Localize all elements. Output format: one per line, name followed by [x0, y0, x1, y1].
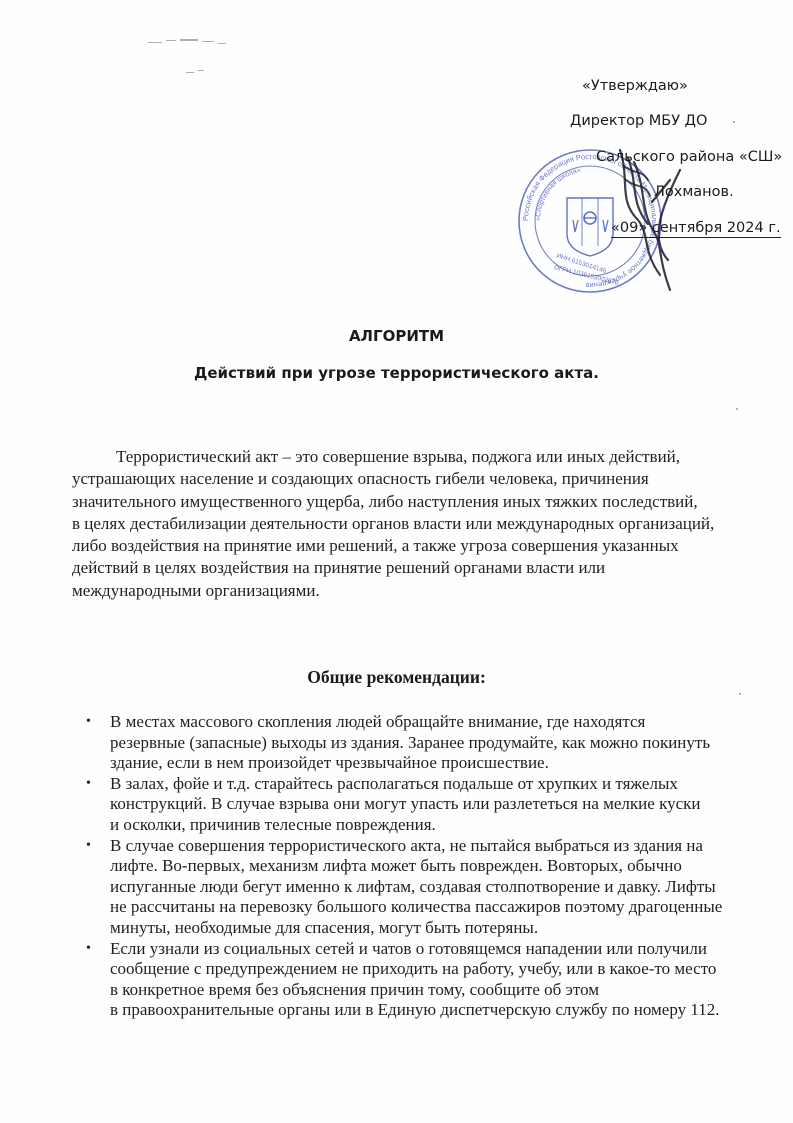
bullet-icon: •: [86, 774, 91, 795]
list-item-line: сообщение с предупреждением не приходить…: [110, 959, 786, 980]
paragraph-line: Террористический акт – это совершение вз…: [72, 446, 772, 468]
list-item: • В местах массового скопления людей обр…: [86, 712, 786, 774]
list-item-line: здание, если в нем произойдет чрезвычайн…: [110, 753, 786, 774]
recommendations-heading: Общие рекомендации:: [0, 667, 793, 688]
document-page: «Утверждаю» Директор МБУ ДО Российская Ф…: [0, 0, 793, 1123]
scan-artifact: [140, 30, 260, 80]
list-item-line: в конкретное время без объяснения причин…: [110, 980, 786, 1001]
paragraph-line: значительного имущественного ущерба, либ…: [72, 491, 772, 513]
list-item-line: В местах массового скопления людей обращ…: [110, 712, 786, 733]
paragraph-line: либо воздействия на принятие ими решений…: [72, 535, 772, 557]
scan-speck: [733, 121, 735, 123]
bullet-icon: •: [86, 939, 91, 960]
document-title: АЛГОРИТМ: [0, 327, 793, 345]
list-item-line: испуганные люди бегут именно к лифтам, с…: [110, 877, 786, 898]
scan-speck: [739, 693, 741, 695]
paragraph-line: устрашающих население и создающих опасно…: [72, 468, 772, 490]
list-item: • Если узнали из социальных сетей и чато…: [86, 939, 786, 1021]
approval-heading: «Утверждаю»: [582, 78, 688, 94]
definition-paragraph: Террористический акт – это совершение вз…: [72, 446, 772, 602]
paragraph-line: действий в целях воздействия на принятие…: [72, 557, 772, 579]
approval-position: Директор МБУ ДО: [570, 113, 707, 129]
approval-date: «09» сентября 2024 г.: [611, 220, 781, 238]
paragraph-line: в целях дестабилизации деятельности орга…: [72, 513, 772, 535]
document-subtitle: Действий при угрозе террористического ак…: [0, 364, 793, 382]
approval-director-name: Лохманов.: [654, 184, 734, 200]
paragraph-line: международными организациями.: [72, 580, 772, 602]
scan-speck: [736, 408, 738, 410]
list-item-line: лифте. Во-первых, механизм лифта может б…: [110, 856, 786, 877]
list-item-line: минуты, необходимые для спасения, могут …: [110, 918, 786, 939]
list-item-line: и осколки, причинив телесные повреждения…: [110, 815, 786, 836]
list-item-line: В залах, фойе и т.д. старайтесь располаг…: [110, 774, 786, 795]
bullet-icon: •: [86, 712, 91, 733]
list-item-line: в правоохранительные органы или в Единую…: [110, 1000, 786, 1021]
list-item-line: резервные (запасные) выходы из здания. З…: [110, 733, 786, 754]
list-item-line: конструкций. В случае взрыва они могут у…: [110, 794, 786, 815]
list-item-line: Если узнали из социальных сетей и чатов …: [110, 939, 786, 960]
list-item: • В залах, фойе и т.д. старайтесь распол…: [86, 774, 786, 836]
list-item: • В случае совершения террористического …: [86, 836, 786, 939]
bullet-icon: •: [86, 836, 91, 857]
list-item-line: В случае совершения террористического ак…: [110, 836, 786, 857]
recommendations-list: • В местах массового скопления людей обр…: [86, 712, 786, 1021]
list-item-line: не рассчитаны на перевозку большого коли…: [110, 897, 786, 918]
